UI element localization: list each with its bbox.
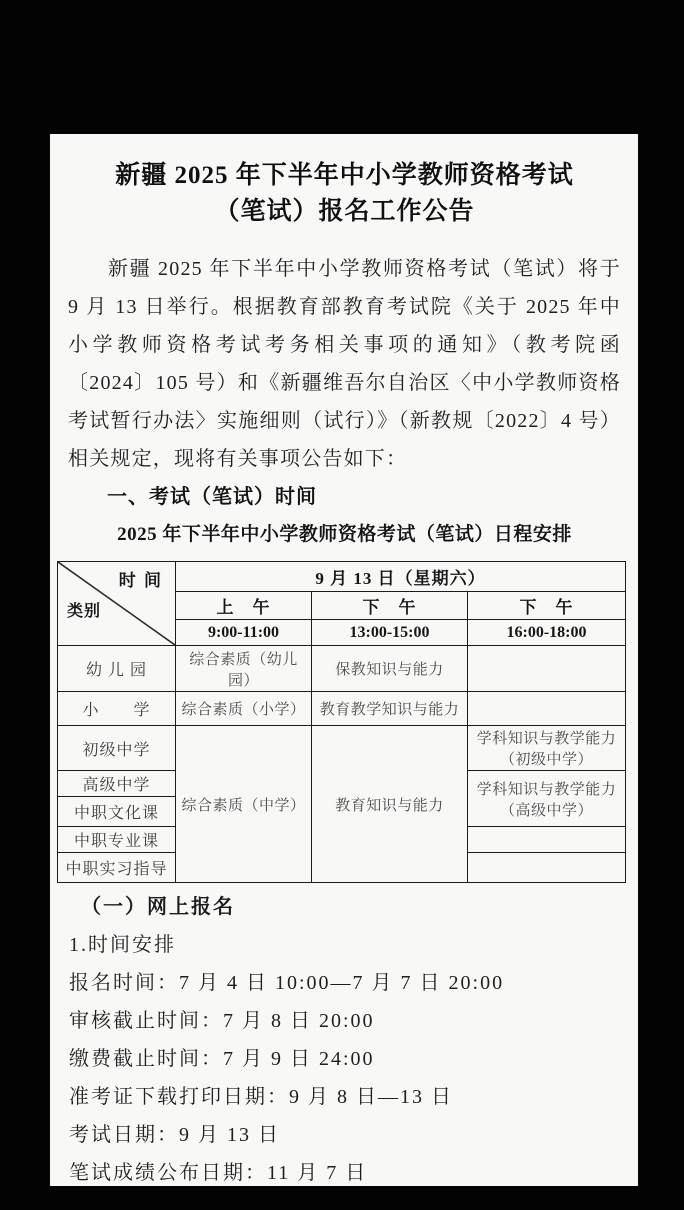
section-1-heading: 一、考试（笔试）时间 (67, 478, 622, 516)
corner-category-label: 类别 (67, 598, 101, 621)
empty-cell (468, 827, 626, 853)
session-header-am: 上 午 (176, 592, 312, 620)
timeline-payment-deadline: 缴费截止时间：7 月 9 日 24:00 (67, 1040, 622, 1078)
document-title-line1: 新疆 2025 年下半年中小学教师资格考试 (115, 162, 574, 189)
document-page: 新疆 2025 年下半年中小学教师资格考试 （笔试）报名工作公告 新疆 2025… (50, 134, 638, 1186)
empty-cell (468, 853, 626, 883)
subject-cell-merged: 综合素质（中学） (176, 726, 312, 883)
timeline-results-date: 笔试成绩公布日期：11 月 7 日 (67, 1154, 622, 1186)
timeline-registration: 报名时间：7 月 4 日 10:00—7 月 7 日 20:00 (67, 964, 622, 1002)
subject-cell: 保教知识与能力 (312, 646, 468, 692)
subject-cell: 综合素质（幼儿园） (176, 646, 312, 692)
subject-cell: 综合素质（小学） (176, 692, 312, 726)
timeline-exam-date: 考试日期：9 月 13 日 (67, 1116, 622, 1154)
time-header-pm1: 13:00-15:00 (312, 620, 468, 646)
registration-subheading: （一）网上报名 (67, 888, 622, 926)
schedule-table: 时 间 类别 9 月 13 日（星期六） 上 午 下 午 下 午 9:00-11… (57, 561, 626, 883)
session-header-pm2: 下 午 (468, 592, 626, 620)
row-label-kindergarten: 幼 儿 园 (58, 646, 176, 692)
corner-time-label: 时 间 (119, 566, 163, 591)
intro-paragraph: 新疆 2025 年下半年中小学教师资格考试（笔试）将于 9 月 13 日举行。根… (68, 250, 621, 478)
empty-cell (468, 692, 626, 726)
corner-cell: 时 间 类别 (58, 562, 176, 646)
row-label-secondary-culture: 中职文化课 (58, 797, 176, 827)
document-title: 新疆 2025 年下半年中小学教师资格考试 （笔试）报名工作公告 (67, 158, 622, 230)
row-label-primary: 小 学 (58, 692, 176, 726)
row-label-secondary-major: 中职专业课 (58, 827, 176, 853)
date-header-cell: 9 月 13 日（星期六） (176, 562, 626, 592)
subject-cell: 教育教学知识与能力 (312, 692, 468, 726)
schedule-table-title: 2025 年下半年中小学教师资格考试（笔试）日程安排 (67, 516, 622, 554)
row-label-senior: 高级中学 (58, 771, 176, 797)
row-label-secondary-internship: 中职实习指导 (58, 853, 176, 883)
session-header-pm1: 下 午 (312, 592, 468, 620)
row-label-junior: 初级中学 (58, 726, 176, 771)
schedule-item-heading: 1.时间安排 (67, 926, 622, 964)
empty-cell (468, 646, 626, 692)
time-header-am: 9:00-11:00 (176, 620, 312, 646)
timeline-review-deadline: 审核截止时间：7 月 8 日 20:00 (67, 1002, 622, 1040)
timeline-admission-ticket: 准考证下载打印日期：9 月 8 日—13 日 (67, 1078, 622, 1116)
screenshot-background: 新疆 2025 年下半年中小学教师资格考试 （笔试）报名工作公告 新疆 2025… (0, 0, 684, 1210)
subject-cell-merged: 学科知识与教学能力（高级中学） (468, 771, 626, 827)
time-header-pm2: 16:00-18:00 (468, 620, 626, 646)
subject-cell-merged: 教育知识与能力 (312, 726, 468, 883)
registration-section: （一）网上报名 1.时间安排 报名时间：7 月 4 日 10:00—7 月 7 … (67, 888, 622, 1186)
document-title-line2: （笔试）报名工作公告 (214, 198, 474, 225)
subject-cell: 学科知识与教学能力（初级中学） (468, 726, 626, 771)
